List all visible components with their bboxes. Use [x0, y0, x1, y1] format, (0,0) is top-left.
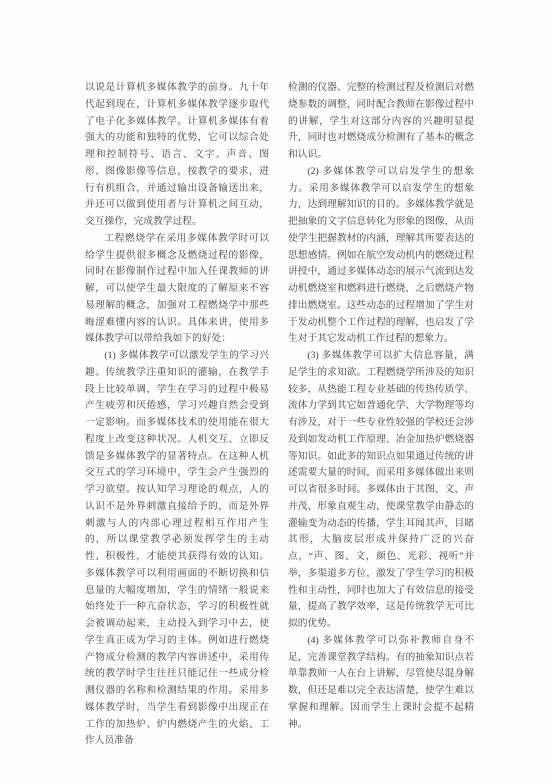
- paragraph: 以说是计算机多媒体教学的前身。九十年代起到现在，计算机多媒体教学逐步取代了电子化…: [85, 80, 269, 231]
- paragraph: 工程燃烧学在采用多媒体教学时可以给学生提供很多概念及燃烧过程的影像，同时在影像制…: [85, 231, 269, 348]
- paragraph: 检测的仪器、完整的检测过程及检测后对燃烧参数的调整，同时配合教师在影像过程中的讲…: [288, 80, 474, 164]
- text-column-right: 检测的仪器、完整的检测过程及检测后对燃烧参数的调整，同时配合教师在影像过程中的讲…: [288, 80, 474, 733]
- paragraph: (2) 多媒体教学可以启发学生的想象力。采用多媒体教学可以启发学生的想象力，达到…: [288, 164, 474, 348]
- document-page: 以说是计算机多媒体教学的前身。九十年代起到现在，计算机多媒体教学逐步取代了电子化…: [0, 0, 553, 783]
- paragraph: (1) 多媒体教学可以激发学生的学习兴趣。传统教学注重知识的灌输，在教学手段上比…: [85, 348, 269, 750]
- text-column-left: 以说是计算机多媒体教学的前身。九十年代起到现在，计算机多媒体教学逐步取代了电子化…: [85, 80, 269, 750]
- paragraph: (3) 多媒体教学可以扩大信息容量，满足学生的求知欲。工程燃烧学所涉及的知识较多…: [288, 348, 474, 633]
- paragraph: (4) 多媒体教学可以弥补教师自身不足，完善课堂教学结构。有的抽象知识点若单靠教…: [288, 633, 474, 734]
